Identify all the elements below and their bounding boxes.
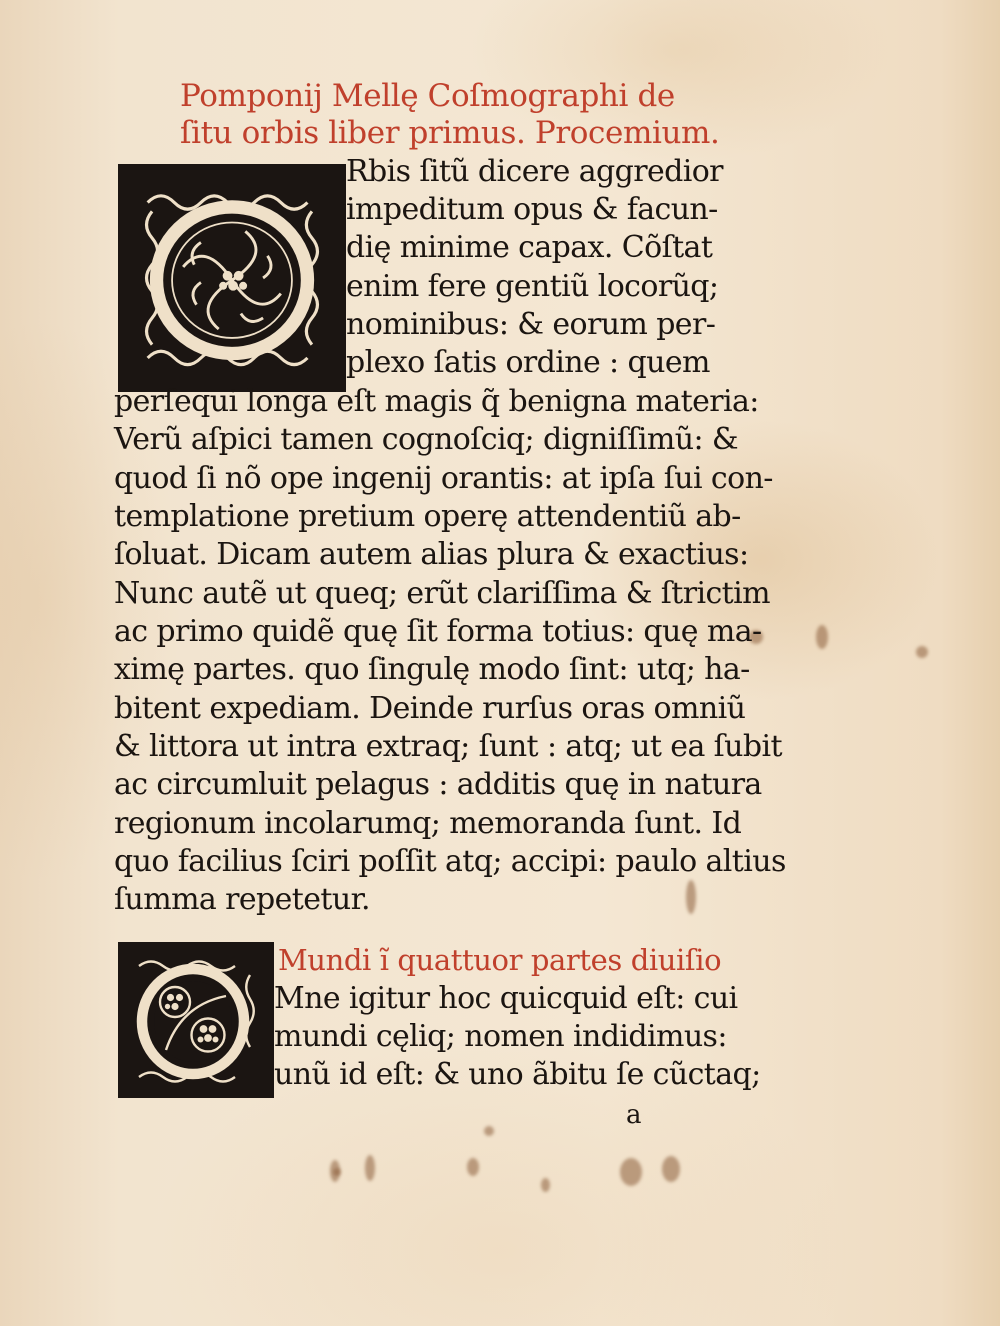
text-line: quod ſi nõ ope ingenij orantis: at ipſa … (114, 460, 773, 498)
heading-line-1: Pomponij Mellę Coſmographi de (180, 76, 675, 116)
text-line: enim fere gentiũ locorũq; (346, 268, 718, 306)
decorated-initial-o-small (118, 942, 274, 1098)
foxing-stain (916, 646, 928, 658)
decorated-woodcut-initial-O-icon (121, 945, 271, 1095)
text-line: plexo ſatis ordine : quem (346, 344, 710, 382)
text-line: ſoluat. Dicam autem alias plura & exacti… (114, 536, 748, 574)
text-line: impeditum opus & facun- (346, 191, 718, 229)
foxing-stain (662, 1156, 680, 1182)
text-line: quo facilius ſciri poſſit atq; accipi: p… (114, 843, 786, 881)
foxing-stain (333, 1168, 341, 1176)
text-line: Mne igitur hoc quicquid eſt: cui (274, 980, 738, 1018)
parchment-page: Pomponij Mellę Coſmographi de ſitu orbis… (0, 0, 1000, 1326)
text-line: unũ id eſt: & uno ãbitu ſe cũctaq; (274, 1056, 761, 1094)
text-line: ximę partes. quo ſingulę modo ſint: utq;… (114, 651, 750, 689)
text-line: bitent expediam. Deinde rurſus oras omni… (114, 690, 745, 728)
subheading: Mundi ĩ quattuor partes diuiſio (278, 940, 721, 980)
text-line: ac circumluit pelagus : additis quę in n… (114, 766, 762, 804)
text-line: ac primo quidẽ quę ſit forma totius: quę… (114, 613, 762, 651)
signature-mark: a (626, 1100, 642, 1130)
text-line: ſumma repetetur. (114, 881, 370, 919)
text-line: & littora ut intra extraq; ſunt : atq; u… (114, 728, 782, 766)
foxing-stain (365, 1155, 375, 1181)
decorated-initial-o-large (118, 164, 346, 392)
foxing-stain (686, 880, 696, 914)
foxing-stain (484, 1126, 494, 1136)
foxing-stain (816, 625, 828, 649)
text-line: dię minime capax. Cõſtat (346, 229, 712, 267)
text-line: mundi cęliq; nomen indidimus: (274, 1018, 727, 1056)
text-line: Rbis ſitũ dicere aggredior (346, 153, 723, 191)
text-line: Nunc autẽ ut queq; erũt clariſſima & ſtr… (114, 575, 770, 613)
foxing-stain (541, 1178, 550, 1192)
foxing-stain (467, 1158, 479, 1176)
text-line: regionum incolarumq; memoranda ſunt. Id (114, 805, 741, 843)
text-line: Verũ aſpici tamen cognoſciq; digniſſimũ:… (114, 421, 738, 459)
heading-line-2: ſitu orbis liber primus. Procemium. (180, 113, 720, 153)
text-line: perſequi longa eſt magis q̃ benigna mate… (114, 383, 759, 421)
foxing-stain (620, 1158, 642, 1186)
text-line: templatione pretium operę attendentiũ ab… (114, 498, 741, 536)
decorated-woodcut-initial-O-icon (121, 167, 343, 389)
text-line: nominibus: & eorum per- (346, 306, 715, 344)
